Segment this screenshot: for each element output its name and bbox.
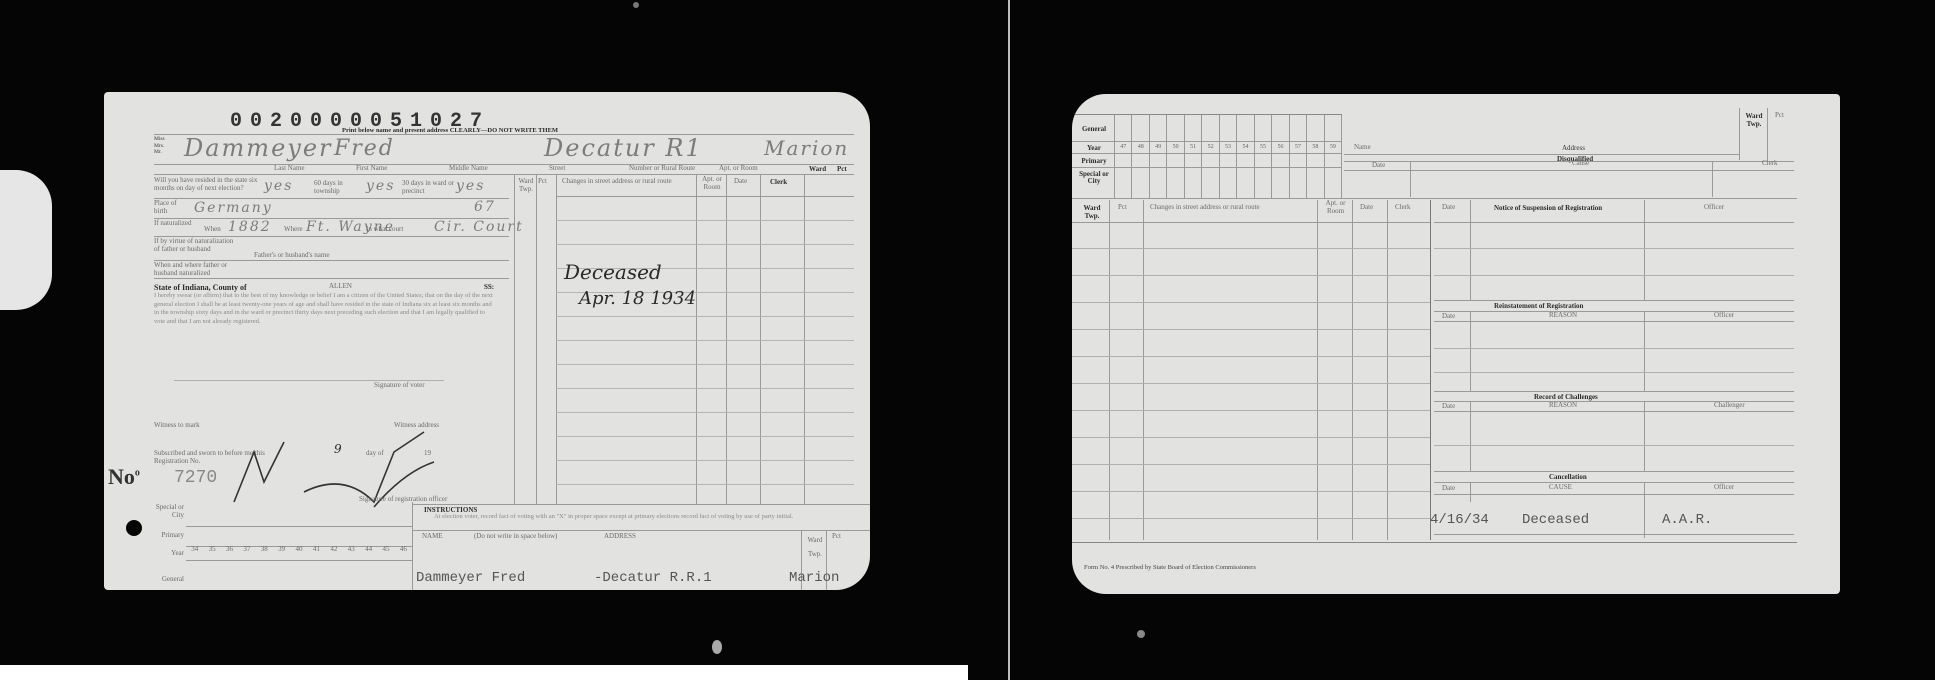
court-label: In what court [366,226,403,234]
cancellation-title: Cancellation [1549,473,1587,481]
challenges-title: Record of Challenges [1534,393,1598,401]
cancellation-officer-value: A.A.R. [1662,512,1712,528]
header-apt-room: Apt. or Room [698,176,726,191]
oath-text: I hereby swear (or affirm) that to the b… [154,292,494,326]
back-name-label: Name [1354,144,1371,152]
back-voting-grid: General Year Primary Special or City 47 … [1072,114,1342,198]
instructions-address-label: ADDRESS [604,533,636,541]
label-first-name: First Name [356,165,387,173]
form-footer: Form No. 4 Prescribed by State Board of … [1084,564,1256,571]
naturalized-when: 1882 [228,219,272,235]
instructions-ward-label: Ward Twp. [804,533,826,561]
scan-speck [712,640,722,654]
officer-signature-label: Signature of registration officer [359,496,447,504]
cancellation-officer-label: Officer [1714,484,1734,492]
birth-label: Place of birth [154,200,188,215]
father-husband-name-label: Father's or husband's name [254,252,329,260]
disqualified-date-label: Date [1372,162,1385,170]
oath-county: ALLEN [329,283,352,291]
when-label: When [204,226,221,234]
ward-label: 30 days in ward or precinct [402,180,460,195]
instructions-name-note: (Do not write in space below) [474,533,557,541]
registration-no: 7270 [174,468,217,488]
handwritten-first-name: Fred [334,136,395,161]
suspension-officer-label: Officer [1704,204,1724,212]
cancellation-date-label: Date [1442,485,1455,493]
back-address-label: Address [1562,145,1585,153]
handwritten-township: Marion [764,136,849,160]
birth-value: Germany [194,200,273,216]
oath-ss: SS: [484,283,494,291]
deceased-annotation: Deceased [564,260,662,284]
scan-white-strip [0,665,968,680]
back-changes-table: Ward Twp. Pct Changes in street address … [1072,200,1432,540]
card-scalloped-edge [1833,94,1840,594]
back-status-panels: Date Notice of Suspension of Registratio… [1434,200,1794,540]
label-street: Street [549,165,565,173]
oath-heading: State of Indiana, County of [154,283,247,292]
registration-card-front: 0020000051027 Print below name and prese… [104,92,870,590]
scan-artifact-blob [0,170,52,310]
instructions-name-label: NAME [422,533,443,541]
disqualified-clerk-label: Clerk [1762,160,1778,168]
header-pct: Pct [538,178,547,186]
scan-speck [1137,630,1145,638]
reinstatement-officer-label: Officer [1714,312,1734,320]
township-label: 60 days in township [314,180,369,195]
label-apt-room: Apt. or Room [719,165,758,173]
state-answer: yes [264,178,293,194]
reinstatement-date-label: Date [1442,313,1455,321]
back-ward-label: Ward Twp. [1741,112,1767,128]
label-pct: Pct [837,165,847,173]
township-answer: yes [366,178,395,194]
instructions-pct-label: Pct [832,533,841,541]
challenges-date-label: Date [1442,403,1455,411]
scan-speck [633,2,639,8]
label-middle-name: Middle Name [449,165,488,173]
where-label: Where [284,226,303,234]
handwritten-street: Decatur R1 [544,134,703,162]
disqualified-cause-label: Cause [1572,160,1589,168]
age-value: 67 [474,199,496,215]
cancellation-cause-value: Deceased [1522,512,1589,528]
typed-township: Marion [789,570,839,586]
back-pct-label: Pct [1775,112,1784,120]
header-changes: Changes in street address or rural route [562,178,672,186]
label-ward: Ward [809,165,826,173]
cancellation-cause-label: CAUSE [1549,484,1572,492]
typed-address: -Decatur R.R.1 [594,570,712,586]
scan-divider [1008,0,1010,680]
header-date: Date [734,178,747,186]
header-ward-twp: Ward Twp. [516,178,536,193]
father-husband-where-label: When and where father or husband natural… [154,262,234,277]
header-clerk: Clerk [770,178,787,186]
instructions-text: At election voter, record fact of voting… [434,513,834,522]
residence-question: Will you have resided in the state six m… [154,177,264,192]
reinstatement-reason-label: REASON [1549,312,1577,320]
witness-label: Witness to mark [154,422,200,430]
header-instruction: Print below name and present address CLE… [342,127,558,134]
signature-voter-label: Signature of voter [374,382,425,390]
father-husband-label: If by virtue of naturalization of father… [154,238,234,253]
handwritten-last-name: Dammeyer [184,134,333,162]
title-prefixes: MissMrs.Mr. [154,136,165,156]
reinstatement-title: Reinstatement of Registration [1494,302,1583,310]
cancellation-date-value: 4/16/34 [1430,512,1489,528]
label-last-name: Last Name [274,165,305,173]
deceased-date-annotation: Apr. 18 1934 [579,288,696,309]
registration-card-back: General Year Primary Special or City 47 … [1072,94,1840,594]
front-year-row: 34 35 36 37 38 39 40 41 42 43 44 45 46 [186,546,412,558]
registration-no-label: Registration No. [154,458,200,466]
challenges-reason-label: REASON [1549,402,1577,410]
typed-name: Dammeyer Fred [416,570,525,586]
label-number-route: Number or Rural Route [629,165,695,173]
naturalized-label: If naturalized [154,220,194,228]
suspension-title: Notice of Suspension of Registration [1494,204,1602,212]
ward-answer: yes [456,178,485,194]
suspension-date-label: Date [1442,204,1455,212]
no-mark: Noo [108,464,140,490]
challenges-challenger-label: Challenger [1714,402,1745,410]
naturalized-court: Cir. Court [434,219,524,235]
